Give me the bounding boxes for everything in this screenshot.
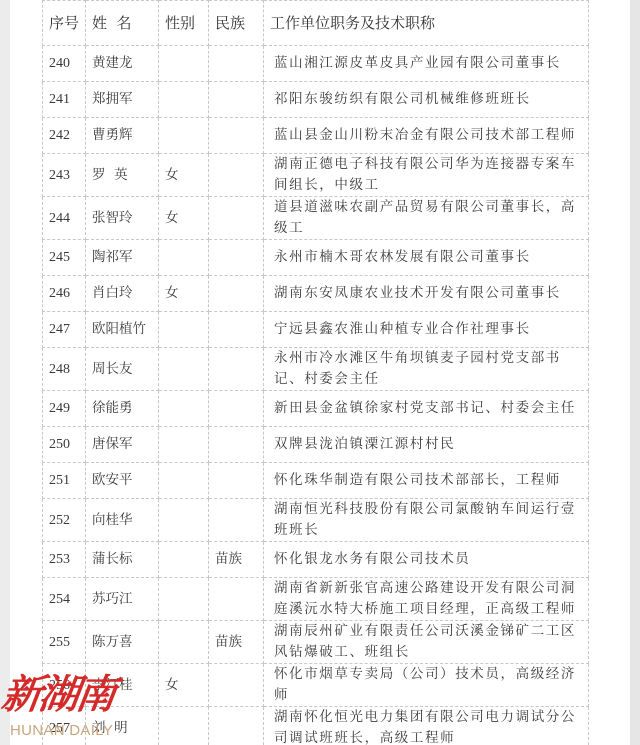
row-unit: 湖南恒光科技股份有限公司氯酸钠车间运行壹班班长	[264, 499, 589, 542]
table-row: 243罗 英女湖南正德电子科技有限公司华为连接器专案车间组长，中级工	[43, 154, 589, 197]
row-number: 256	[43, 664, 86, 707]
table-row: 255陈万喜苗族湖南辰州矿业有限责任公司沃溪金锑矿二工区风钻爆破工、班组长	[43, 621, 589, 664]
row-ethnicity: 苗族	[209, 621, 264, 664]
row-sex	[159, 621, 209, 664]
row-ethnicity	[209, 46, 264, 82]
row-name: 周长友	[86, 348, 159, 391]
table-row: 244张智玲女道县道滋味农副产品贸易有限公司董事长，高级工	[43, 197, 589, 240]
table-row: 241郑拥军祁阳东骏纺织有限公司机械维修班班长	[43, 82, 589, 118]
row-sex	[159, 463, 209, 499]
row-name: 刘 明	[86, 707, 159, 745]
row-name: 向桂华	[86, 499, 159, 542]
row-number: 246	[43, 276, 86, 312]
row-number: 255	[43, 621, 86, 664]
row-ethnicity	[209, 154, 264, 197]
row-name: 罗 英	[86, 154, 159, 197]
row-sex	[159, 46, 209, 82]
row-number: 245	[43, 240, 86, 276]
row-name: 张智玲	[86, 197, 159, 240]
row-ethnicity	[209, 348, 264, 391]
row-number: 250	[43, 427, 86, 463]
row-sex: 女	[159, 664, 209, 707]
row-sex: 女	[159, 154, 209, 197]
row-name: 蒲长标	[86, 542, 159, 578]
row-sex	[159, 391, 209, 427]
row-number: 244	[43, 197, 86, 240]
row-name: 黄建龙	[86, 46, 159, 82]
row-sex	[159, 82, 209, 118]
header-ethnicity: 民族	[209, 1, 264, 46]
row-ethnicity	[209, 707, 264, 745]
row-sex	[159, 348, 209, 391]
row-unit: 湖南正德电子科技有限公司华为连接器专案车间组长，中级工	[264, 154, 589, 197]
row-number: 254	[43, 578, 86, 621]
table-row: 240黄建龙蓝山湘江源皮革皮具产业园有限公司董事长	[43, 46, 589, 82]
table-row: 247欧阳植竹宁远县鑫农淮山种植专业合作社理事长	[43, 312, 589, 348]
table-row: 248周长友永州市冷水滩区牛角坝镇麦子园村党支部书记、村委会主任	[43, 348, 589, 391]
row-name: 李汀桂	[86, 664, 159, 707]
row-unit: 湖南东安凤康农业技术开发有限公司董事长	[264, 276, 589, 312]
row-sex: 女	[159, 276, 209, 312]
roster-table: 序号 姓 名 性别 民族 工作单位职务及技术职称 240黄建龙蓝山湘江源皮革皮具…	[42, 0, 589, 745]
row-ethnicity	[209, 391, 264, 427]
row-name: 欧阳植竹	[86, 312, 159, 348]
row-unit: 湖南省新新张官高速公路建设开发有限公司洞庭溪沅水特大桥施工项目经理，正高级工程师	[264, 578, 589, 621]
table-row: 257刘 明湖南怀化恒光电力集团有限公司电力调试分公司调试班班长，高级工程师	[43, 707, 589, 745]
row-sex	[159, 499, 209, 542]
row-ethnicity	[209, 82, 264, 118]
row-ethnicity	[209, 578, 264, 621]
table-row: 254苏巧江湖南省新新张官高速公路建设开发有限公司洞庭溪沅水特大桥施工项目经理，…	[43, 578, 589, 621]
row-unit: 怀化银龙水务有限公司技术员	[264, 542, 589, 578]
row-sex	[159, 542, 209, 578]
header-name: 姓 名	[86, 1, 159, 46]
row-sex	[159, 312, 209, 348]
row-number: 257	[43, 707, 86, 745]
row-number: 252	[43, 499, 86, 542]
row-unit: 双牌县泷泊镇溧江源村村民	[264, 427, 589, 463]
row-name: 肖白玲	[86, 276, 159, 312]
row-ethnicity	[209, 197, 264, 240]
row-number: 242	[43, 118, 86, 154]
row-ethnicity	[209, 276, 264, 312]
row-name: 唐保军	[86, 427, 159, 463]
row-number: 253	[43, 542, 86, 578]
row-unit: 道县道滋味农副产品贸易有限公司董事长，高级工	[264, 197, 589, 240]
row-name: 徐能勇	[86, 391, 159, 427]
row-unit: 湖南辰州矿业有限责任公司沃溪金锑矿二工区风钻爆破工、班组长	[264, 621, 589, 664]
row-unit: 蓝山县金山川粉末冶金有限公司技术部工程师	[264, 118, 589, 154]
row-unit: 永州市楠木哥农林发展有限公司董事长	[264, 240, 589, 276]
row-name: 陶祁军	[86, 240, 159, 276]
table-row: 252向桂华湖南恒光科技股份有限公司氯酸钠车间运行壹班班长	[43, 499, 589, 542]
row-ethnicity: 苗族	[209, 542, 264, 578]
scrollbar-track[interactable]	[630, 0, 640, 745]
row-name: 欧安平	[86, 463, 159, 499]
row-ethnicity	[209, 240, 264, 276]
header-unit: 工作单位职务及技术职称	[264, 1, 589, 46]
row-ethnicity	[209, 499, 264, 542]
row-unit: 怀化市烟草专卖局（公司）技术员，高级经济师	[264, 664, 589, 707]
row-ethnicity	[209, 312, 264, 348]
row-number: 241	[43, 82, 86, 118]
row-sex: 女	[159, 197, 209, 240]
row-sex	[159, 427, 209, 463]
row-number: 240	[43, 46, 86, 82]
row-number: 248	[43, 348, 86, 391]
row-sex	[159, 578, 209, 621]
row-number: 249	[43, 391, 86, 427]
table-row: 249徐能勇新田县金盆镇徐家村党支部书记、村委会主任	[43, 391, 589, 427]
row-number: 251	[43, 463, 86, 499]
table-header-row: 序号 姓 名 性别 民族 工作单位职务及技术职称	[43, 1, 589, 46]
row-unit: 祁阳东骏纺织有限公司机械维修班班长	[264, 82, 589, 118]
table-row: 242曹勇辉蓝山县金山川粉末冶金有限公司技术部工程师	[43, 118, 589, 154]
row-name: 苏巧江	[86, 578, 159, 621]
row-name: 陈万喜	[86, 621, 159, 664]
table-row: 253蒲长标苗族怀化银龙水务有限公司技术员	[43, 542, 589, 578]
row-name: 曹勇辉	[86, 118, 159, 154]
header-sex: 性别	[159, 1, 209, 46]
row-unit: 永州市冷水滩区牛角坝镇麦子园村党支部书记、村委会主任	[264, 348, 589, 391]
table-row: 250唐保军双牌县泷泊镇溧江源村村民	[43, 427, 589, 463]
row-unit: 怀化珠华制造有限公司技术部部长，工程师	[264, 463, 589, 499]
row-sex	[159, 707, 209, 745]
row-sex	[159, 240, 209, 276]
table-row: 256李汀桂女怀化市烟草专卖局（公司）技术员，高级经济师	[43, 664, 589, 707]
row-number: 247	[43, 312, 86, 348]
row-ethnicity	[209, 427, 264, 463]
row-ethnicity	[209, 118, 264, 154]
row-ethnicity	[209, 463, 264, 499]
row-unit: 湖南怀化恒光电力集团有限公司电力调试分公司调试班班长，高级工程师	[264, 707, 589, 745]
row-unit: 宁远县鑫农淮山种植专业合作社理事长	[264, 312, 589, 348]
row-sex	[159, 118, 209, 154]
row-number: 243	[43, 154, 86, 197]
table-row: 251欧安平怀化珠华制造有限公司技术部部长，工程师	[43, 463, 589, 499]
table-row: 245陶祁军永州市楠木哥农林发展有限公司董事长	[43, 240, 589, 276]
header-num: 序号	[43, 1, 86, 46]
row-unit: 蓝山湘江源皮革皮具产业园有限公司董事长	[264, 46, 589, 82]
row-ethnicity	[209, 664, 264, 707]
row-unit: 新田县金盆镇徐家村党支部书记、村委会主任	[264, 391, 589, 427]
table-row: 246肖白玲女湖南东安凤康农业技术开发有限公司董事长	[43, 276, 589, 312]
row-name: 郑拥军	[86, 82, 159, 118]
